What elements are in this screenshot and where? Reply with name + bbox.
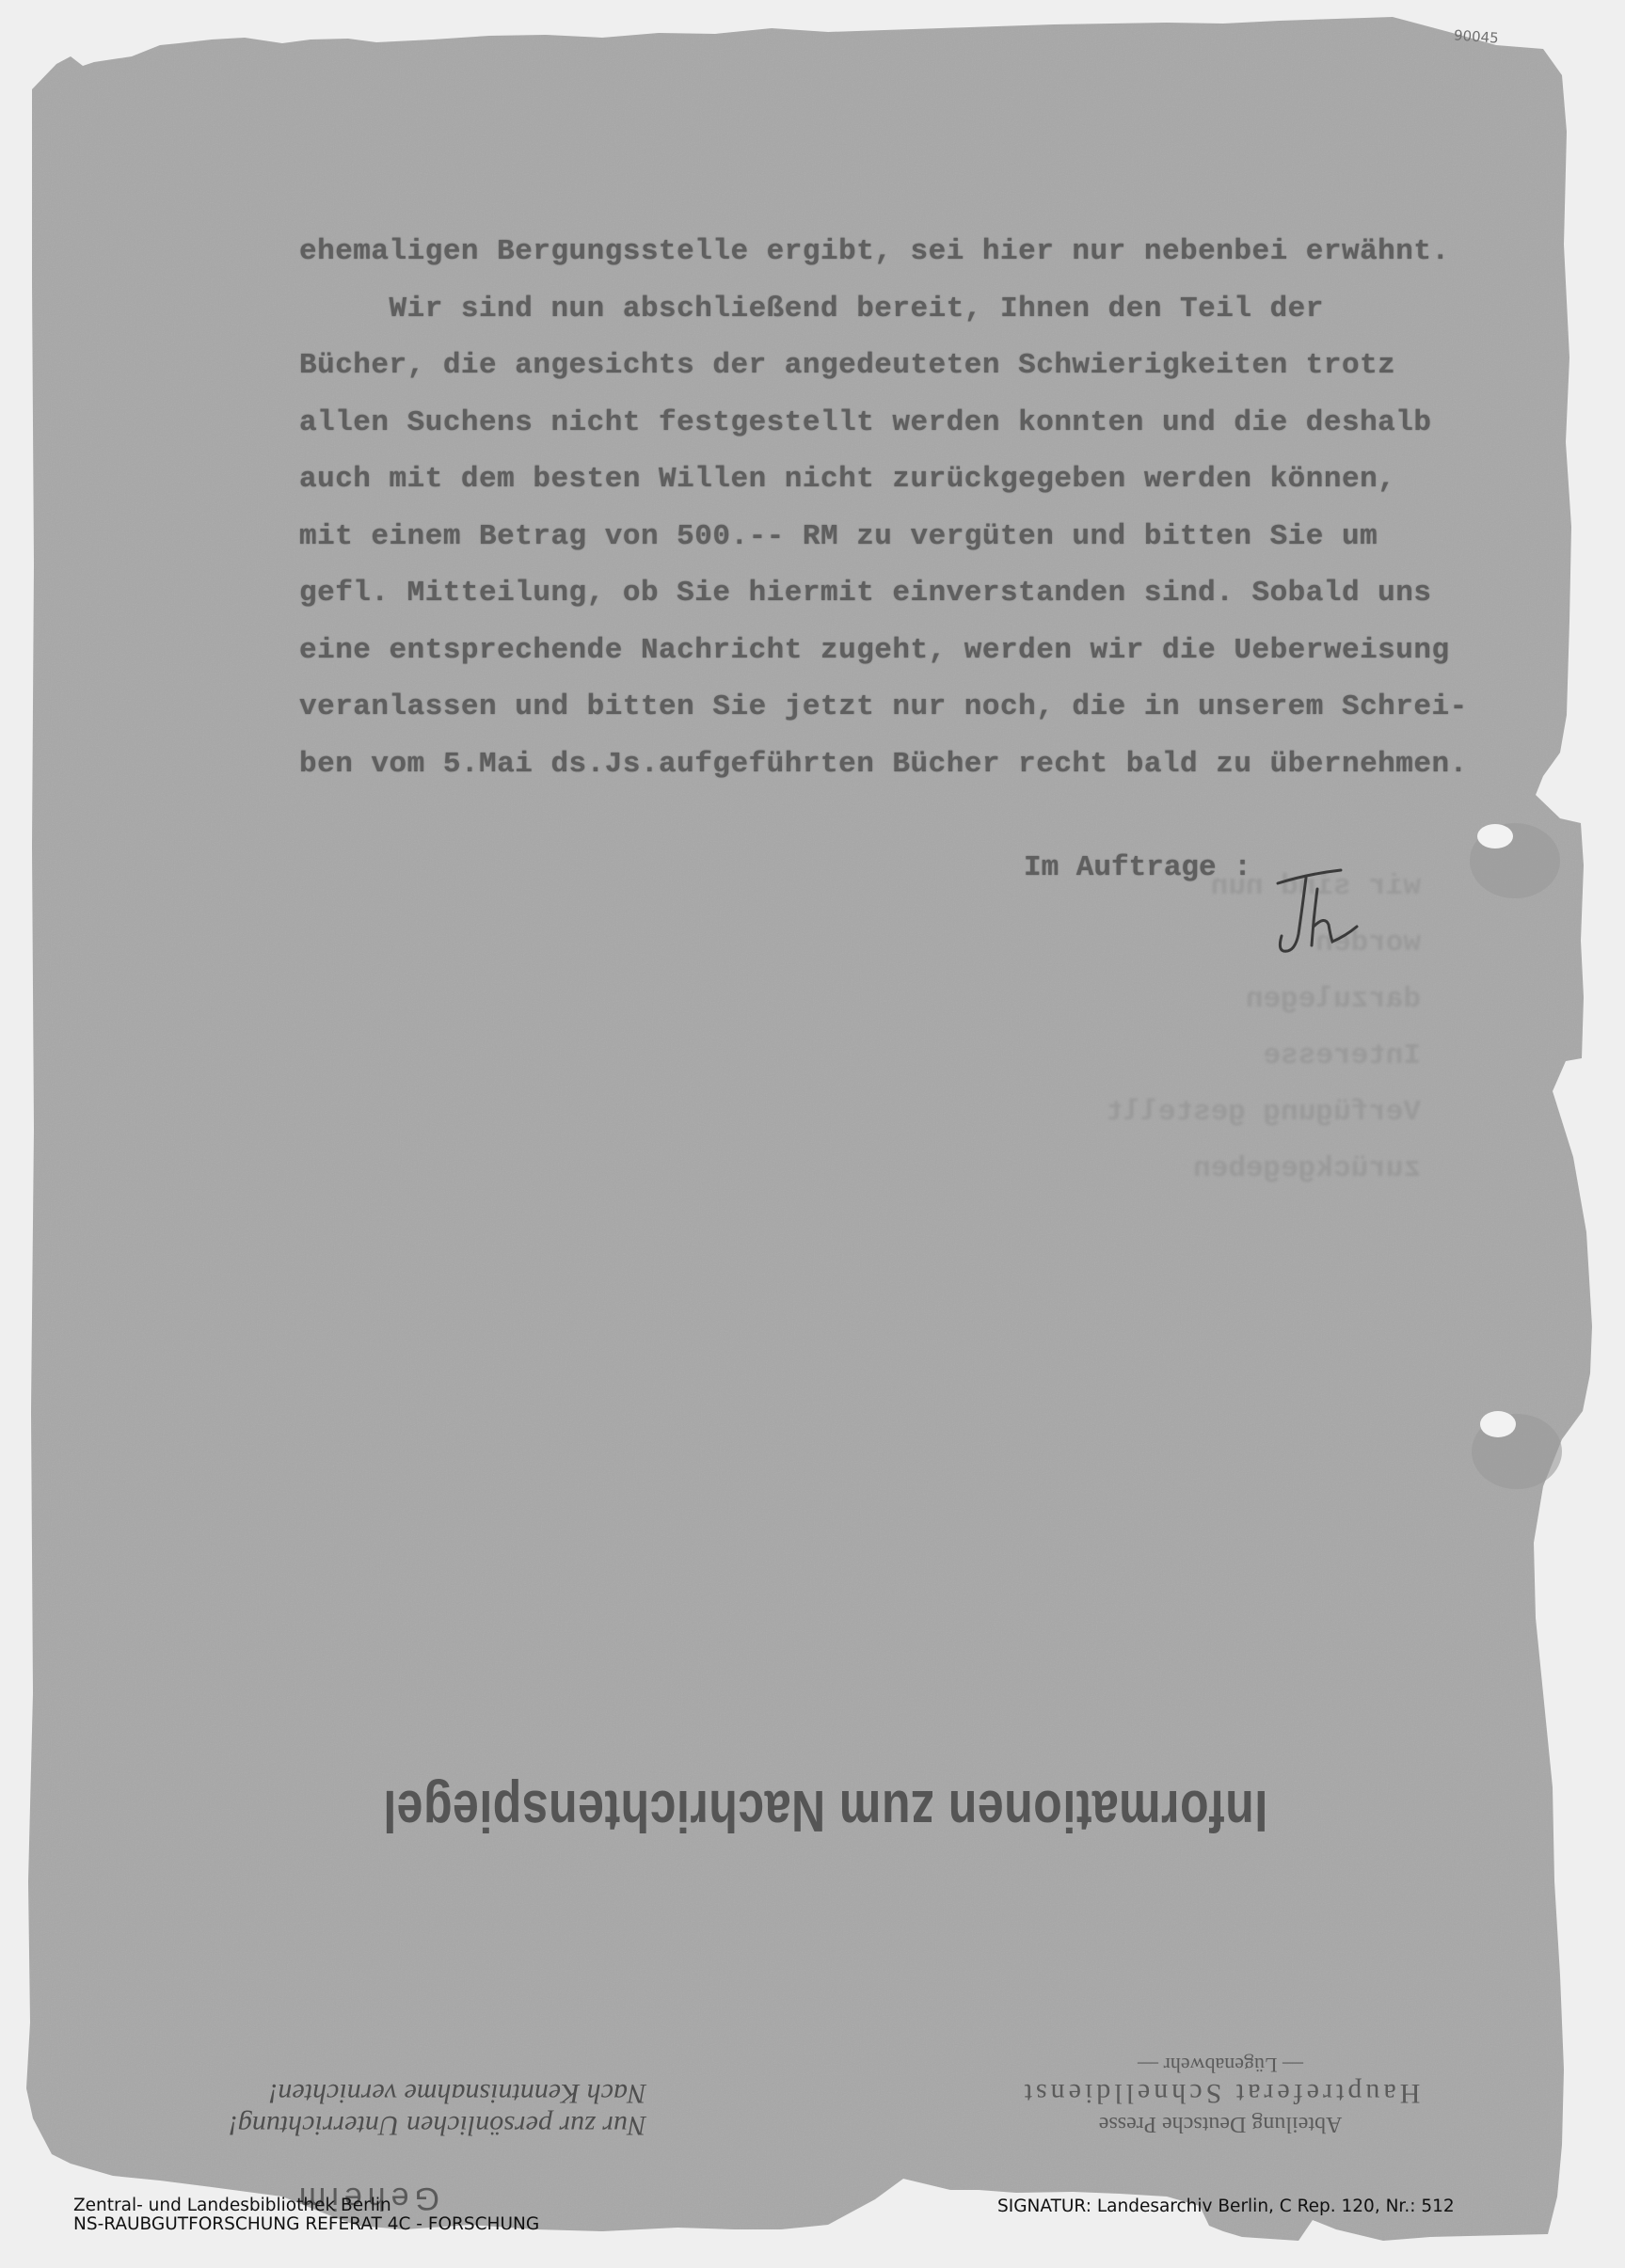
project-name: NS-RAUBGUTFORSCHUNG REFERAT 4C - FORSCHU… <box>73 2215 539 2234</box>
letter-body: ehemaligen Bergungsstelle ergibt, sei hi… <box>299 224 1560 793</box>
letter-line: Wir sind nun abschließend bereit, Ihnen … <box>299 281 1560 339</box>
archive-footer-left: Zentral- und Landesbibliothek Berlin NS-… <box>73 2197 539 2234</box>
letter-line: eine entsprechende Nachricht zugeht, wer… <box>299 623 1560 680</box>
bleed-through-line: zurückgegeben <box>104 1152 1421 1185</box>
archive-signature: SIGNATUR: Landesarchiv Berlin, C Rep. 12… <box>997 2197 1455 2216</box>
bleed-through-line: worden <box>104 927 1421 960</box>
letter-line: auch mit dem besten Willen nicht zurückg… <box>299 452 1560 509</box>
punch-hole-upper <box>1470 823 1560 898</box>
letter-line: ben vom 5.Mai ds.Js.aufgeführten Bücher … <box>299 737 1560 794</box>
archive-reference-number: 90045 <box>1453 26 1499 46</box>
letter-line: ehemaligen Bergungsstelle ergibt, sei hi… <box>299 224 1560 281</box>
letter-line: veranlassen und bitten Sie jetzt nur noc… <box>299 679 1560 737</box>
letter-line: gefl. Mitteilung, ob Sie hiermit einvers… <box>299 565 1560 623</box>
institution-name: Zentral- und Landesbibliothek Berlin <box>73 2197 539 2215</box>
closing-formula: Im Auftrage : <box>1024 851 1251 884</box>
letter-line: mit einem Betrag von 500.-- RM zu vergüt… <box>299 509 1560 566</box>
handwritten-signature-icon <box>1270 861 1374 964</box>
bleed-through-line: darzulegen <box>104 983 1421 1016</box>
letter-line: Bücher, die angesichts der angedeuteten … <box>299 338 1560 395</box>
letter-line: allen Suchens nicht festgestellt werden … <box>299 395 1560 452</box>
bleed-through-line: Verfügung gestellt <box>104 1096 1421 1129</box>
bleed-through-line: Interesse <box>104 1039 1421 1072</box>
